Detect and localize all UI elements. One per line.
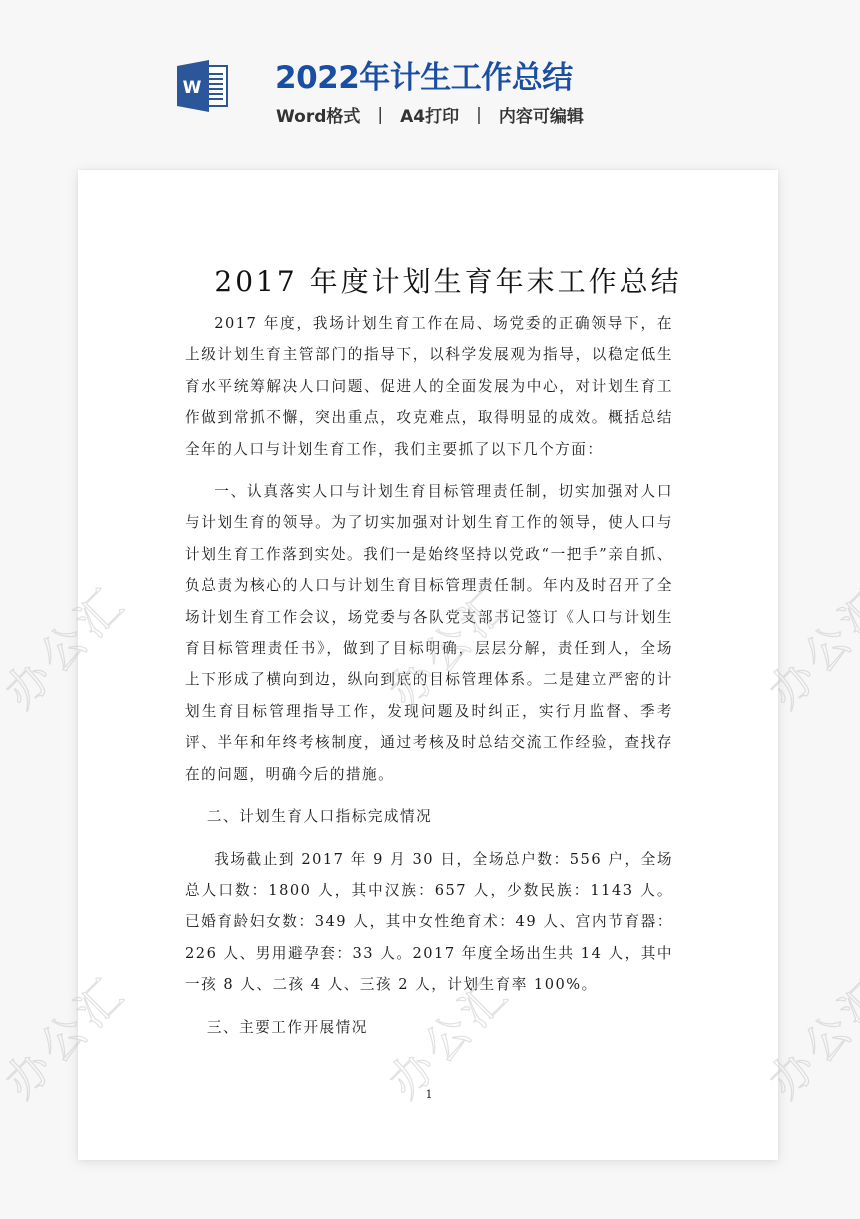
- word-document-icon: W: [175, 58, 231, 114]
- paragraph-section-1: 一、认真落实人口与计划生育目标管理责任制，切实加强对人口与计划生育的领导。为了切…: [185, 476, 673, 790]
- document-title: 2022年计生工作总结: [275, 52, 573, 97]
- page-title: 2017 年度计划生育年末工作总结: [78, 260, 778, 300]
- tag-word-format: Word格式: [276, 102, 360, 127]
- document-page: 2017 年度计划生育年末工作总结 2017 年度，我场计划生育工作在局、场党委…: [78, 170, 778, 1160]
- tag-a4-print: A4打印: [400, 102, 459, 127]
- tag-separator: |: [377, 105, 383, 125]
- svg-text:W: W: [183, 78, 202, 98]
- paragraph-intro: 2017 年度，我场计划生育工作在局、场党委的正确领导下，在上级计划生育主管部门…: [185, 308, 673, 465]
- document-tags: Word格式 | A4打印 | 内容可编辑: [276, 102, 584, 127]
- tag-separator: |: [476, 105, 482, 125]
- header: W 2022年计生工作总结 Word格式 | A4打印 | 内容可编辑: [0, 0, 860, 150]
- page-number: 1: [78, 1088, 778, 1101]
- section-heading-3: 三、主要工作开展情况: [185, 1012, 673, 1043]
- paragraph-section-2: 我场截止到 2017 年 9 月 30 日，全场总户数：556 户，全场总人口数…: [185, 844, 673, 1001]
- section-heading-2: 二、计划生育人口指标完成情况: [185, 801, 673, 832]
- document-body: 2017 年度，我场计划生育工作在局、场党委的正确领导下，在上级计划生育主管部门…: [185, 308, 673, 1054]
- tag-editable: 内容可编辑: [499, 102, 584, 127]
